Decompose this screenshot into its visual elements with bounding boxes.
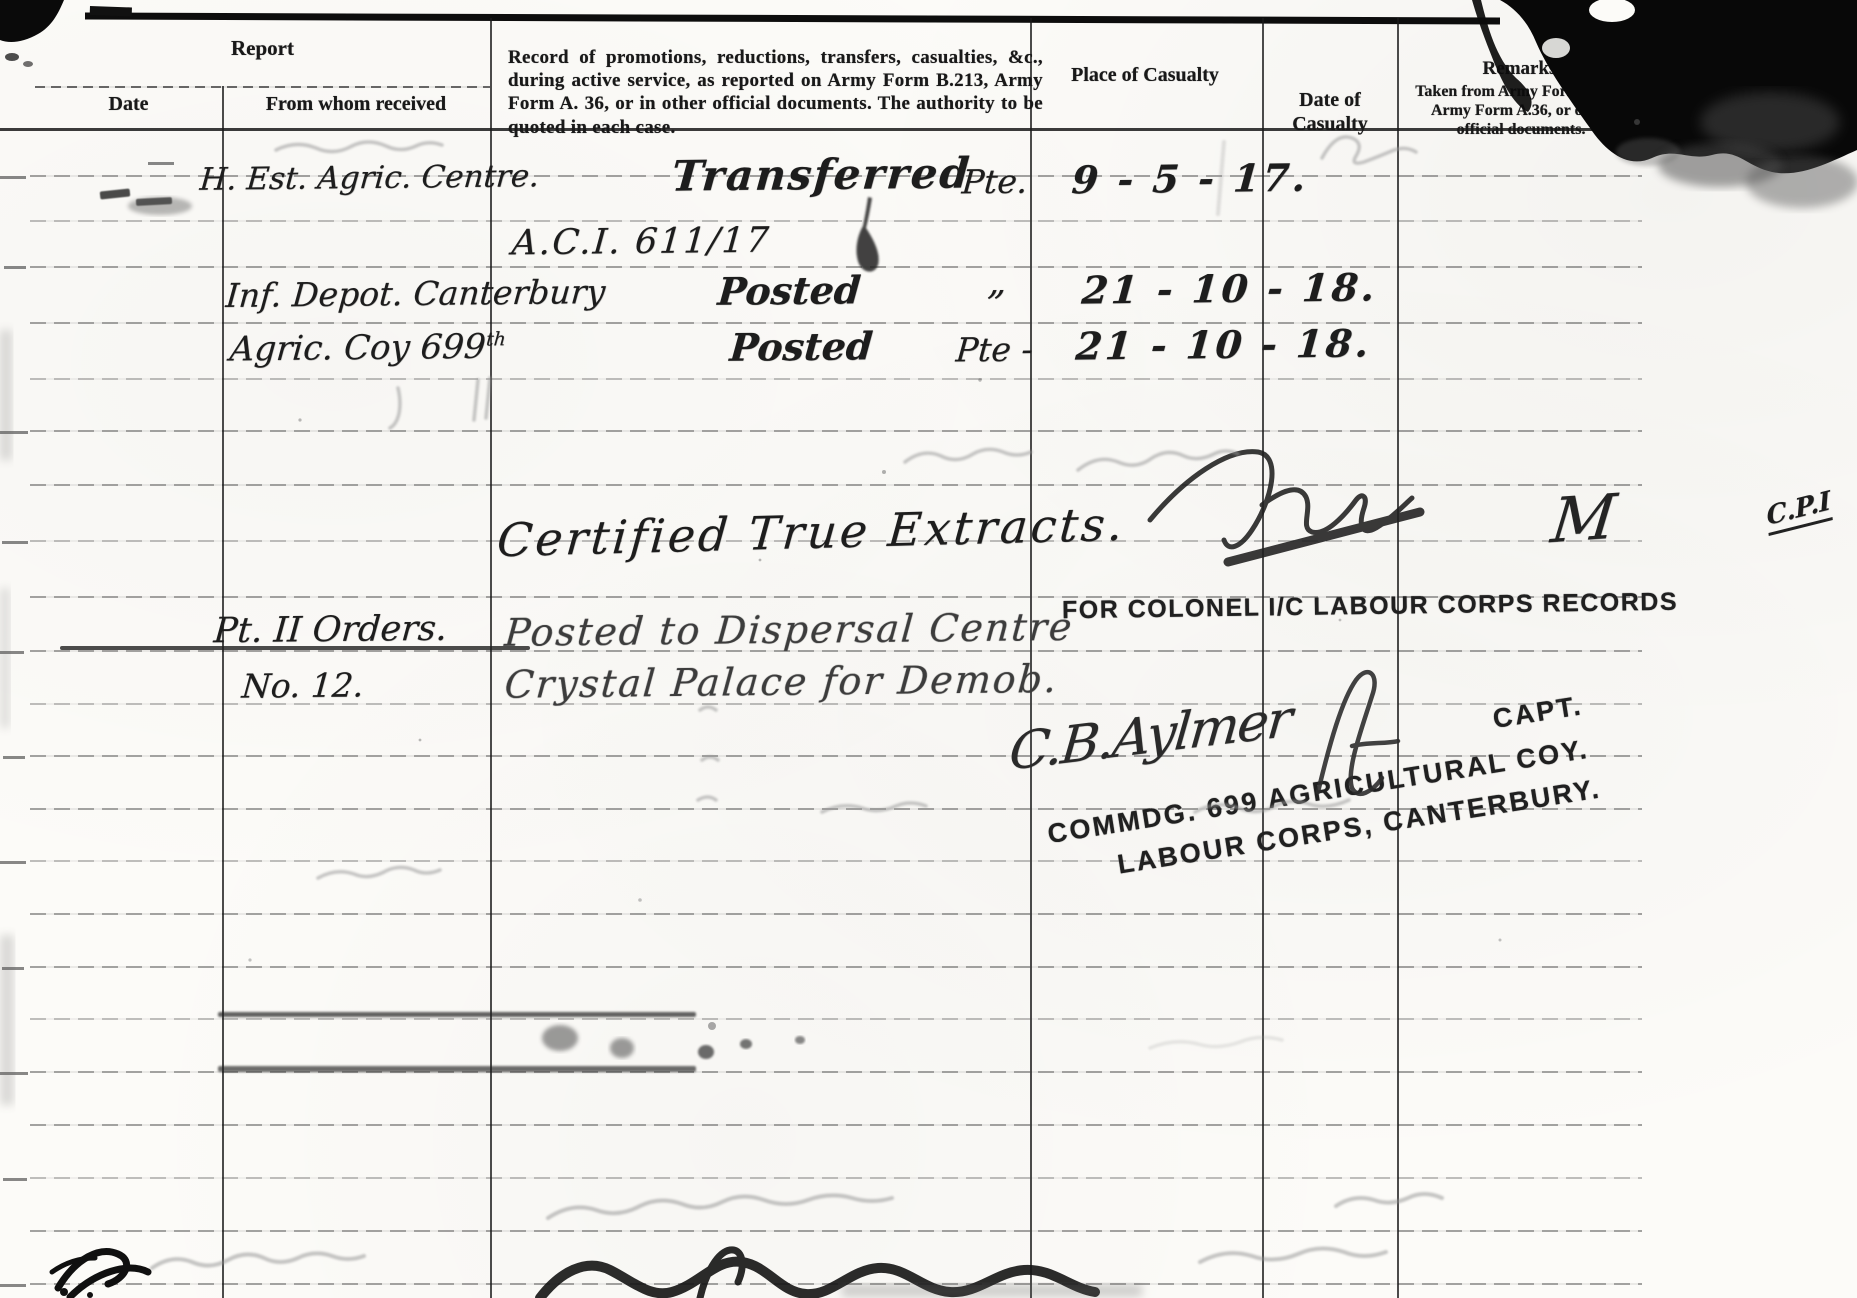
entry1-date: 9 - 5 - 17. [1070, 155, 1310, 202]
column-line-datecas-remarks [1397, 18, 1399, 1298]
ruled-line [30, 1230, 1642, 1232]
smudged-line-1 [218, 1012, 696, 1017]
corner-initials: C.P.I [1765, 486, 1832, 536]
header-date-of-casualty: Date of Casualty [1268, 88, 1392, 136]
margin-tick [148, 162, 174, 165]
header-remarks-subtitle: Taken from Army Form B.213, Army Form A.… [1408, 82, 1634, 140]
margin-tick [0, 1072, 28, 1075]
part2-orders-source: Pt. II Orders. [212, 609, 448, 651]
column-line-date-from [222, 86, 224, 1298]
report-divider-line [35, 86, 490, 88]
paper-specks [248, 119, 1640, 1030]
entry4-rank: Pte - [954, 330, 1034, 370]
margin-tick [4, 266, 26, 269]
bottom-left-scribble [52, 1252, 148, 1298]
top-border-line [85, 13, 1500, 25]
part2-record-line2: Crystal Palace for Demob. [503, 657, 1060, 707]
ruled-line [30, 484, 1642, 486]
entry2-record: A.C.I. 611/17 [510, 221, 772, 264]
ruled-line [30, 1283, 1642, 1285]
margin-tick [3, 756, 25, 759]
scanned-document-page: Report Date From whom received Record of… [0, 0, 1857, 1298]
entry1-rank: Pte. [960, 162, 1029, 202]
ruled-line [30, 1177, 1642, 1179]
entry3-date: 21 - 10 - 18. [1080, 264, 1379, 312]
ruled-line [30, 913, 1642, 915]
margin-tick [0, 1284, 26, 1287]
margin-tick [3, 1178, 27, 1181]
edge-smudges [0, 330, 1142, 1297]
entry4-from: Agric. Coy 699th [228, 327, 506, 370]
entry3-record: Posted [716, 267, 862, 313]
smudged-line-2 [218, 1066, 696, 1072]
entry4-record: Posted [728, 323, 874, 369]
row1-lead-dash-2 [136, 197, 172, 206]
ruled-line [30, 430, 1642, 432]
ruled-line [30, 220, 1642, 222]
ink-blot-teardrop [856, 197, 878, 272]
margin-tick [0, 861, 26, 864]
row1-lead-dash-1 [100, 188, 131, 199]
entry4-date: 21 - 10 - 18. [1074, 320, 1373, 368]
ruled-line [30, 1124, 1642, 1126]
margin-tick [0, 651, 24, 654]
margin-tick [0, 431, 28, 434]
part2-record-line1: Posted to Dispersal Centre [503, 605, 1075, 655]
header-from-whom-received: From whom received [222, 93, 490, 116]
labour-corps-records-stamp: FOR COLONEL I/C LABOUR CORPS RECORDS [1062, 588, 1678, 626]
header-remarks-title: Remarks [1397, 58, 1642, 80]
entry4-from-superscript: th [485, 329, 506, 350]
ruled-line [30, 860, 1642, 862]
margin-tick [0, 176, 26, 179]
ruled-line [30, 1018, 1642, 1020]
header-record-description: Record of promotions, reductions, transf… [508, 46, 1043, 139]
ruled-line [30, 966, 1642, 968]
header-date: Date [35, 93, 222, 116]
margin-tick [2, 541, 28, 544]
margin-tick [2, 967, 24, 970]
column-line-place-datecas [1262, 18, 1264, 1298]
countersignature-scrawl [1150, 452, 1420, 562]
bottom-cutoff-scrawl [540, 1250, 1095, 1298]
certification-text: Certified True Extracts. [495, 497, 1127, 567]
ruled-line [30, 378, 1642, 380]
header-report: Report [35, 36, 490, 61]
entry3-ditto-mark: „ [986, 262, 1008, 303]
part2-orders-number: No. 12. [240, 665, 365, 705]
entry1-from: H. Est. Agric. Centre. [198, 158, 540, 198]
column-line-from-record [490, 18, 492, 1298]
header-place-of-casualty: Place of Casualty [1033, 64, 1257, 87]
entry3-from: Inf. Depot. Canterbury [224, 272, 606, 315]
monogram-initial: M [1548, 480, 1620, 557]
entry1-record: Transferred [670, 148, 973, 200]
